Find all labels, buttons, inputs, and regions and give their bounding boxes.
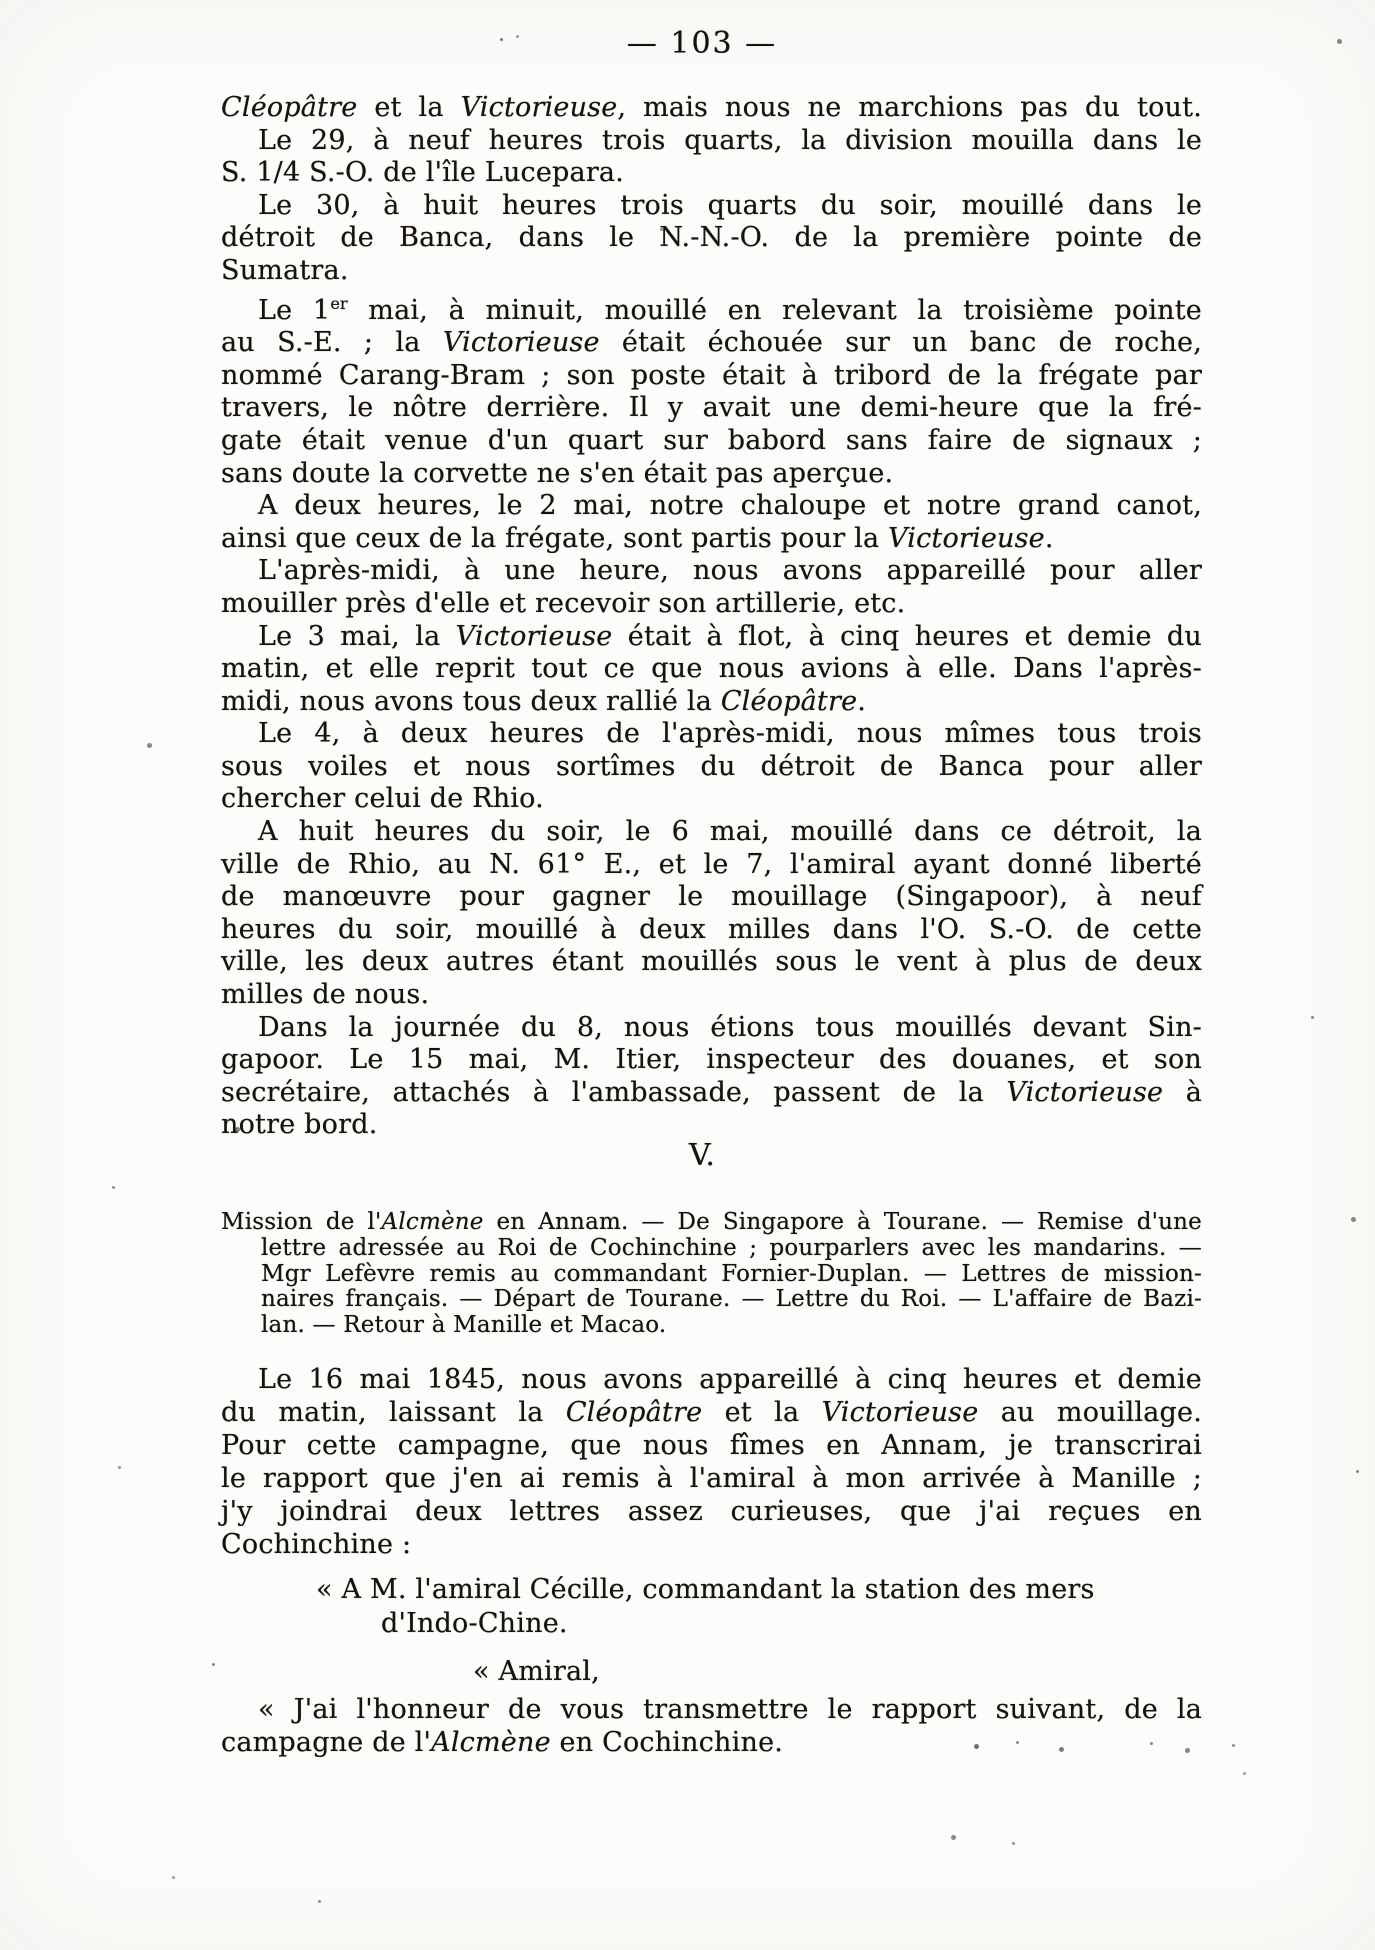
text-line: lan. — Retour à Manille et Macao.: [261, 1313, 1202, 1339]
text-line: Cléopâtre et la Victorieuse, mais nous n…: [221, 92, 1202, 125]
chapter-summary: Mission de l'Alcmène en Annam. — De Sing…: [221, 1210, 1202, 1339]
text-line: ville de Rhio, au N. 61° E., et le 7, l'…: [221, 849, 1202, 882]
text-line: A deux heures, le 2 mai, notre chaloupe …: [221, 490, 1202, 523]
paragraph: Cléopâtre et la Victorieuse, mais nous n…: [221, 92, 1202, 125]
text-line: campagne de l'Alcmène en Cochinchine.: [221, 1727, 1202, 1760]
text-line: Dans la journée du 8, nous étions tous m…: [221, 1012, 1202, 1045]
text-line: ainsi que ceux de la frégate, sont parti…: [221, 523, 1202, 556]
text-line: midi, nous avons tous deux rallié la Clé…: [221, 686, 1202, 719]
text-line: du matin, laissant la Cléopâtre et la Vi…: [221, 1396, 1202, 1429]
text-line: ville, les deux autres étant mouillés so…: [221, 946, 1202, 979]
section-heading: V.: [212, 1138, 1192, 1173]
paragraph: Mission de l'Alcmène en Annam. — De Sing…: [221, 1210, 1202, 1339]
text-line: matin, et elle reprit tout ce que nous a…: [221, 653, 1202, 686]
text-line: « J'ai l'honneur de vous transmettre le …: [221, 1694, 1202, 1727]
letter-address-line-1: « A M. l'amiral Cécille, commandant la s…: [316, 1573, 1202, 1607]
narrative-text: Le 16 mai 1845, nous avons appareillé à …: [221, 1363, 1202, 1561]
text-line: Le 16 mai 1845, nous avons appareillé à …: [221, 1363, 1202, 1396]
paragraph: L'après-midi, à une heure, nous avons ap…: [221, 555, 1202, 620]
letter-salutation: « Amiral,: [473, 1656, 600, 1687]
text-line: Le 29, à neuf heures trois quarts, la di…: [221, 125, 1202, 158]
text-line: j'y joindrai deux lettres assez curieuse…: [221, 1495, 1202, 1528]
paragraph: A huit heures du soir, le 6 mai, mouillé…: [221, 816, 1202, 1012]
text-line: secrétaire, attachés à l'ambassade, pass…: [221, 1077, 1202, 1110]
paragraph: Le 16 mai 1845, nous avons appareillé à …: [221, 1363, 1202, 1561]
letter-address: « A M. l'amiral Cécille, commandant la s…: [221, 1573, 1202, 1640]
text-line: le rapport que j'en ai remis à l'amiral …: [221, 1462, 1202, 1495]
text-line: mouiller près d'elle et recevoir son art…: [221, 588, 1202, 621]
paragraph: Le 1er mai, à minuit, mouillé en relevan…: [221, 288, 1202, 491]
text-line: Pour cette campagne, que nous fîmes en A…: [221, 1429, 1202, 1462]
main-text: Cléopâtre et la Victorieuse, mais nous n…: [221, 92, 1202, 1142]
text-line: A huit heures du soir, le 6 mai, mouillé…: [221, 816, 1202, 849]
text-line: Le 1er mai, à minuit, mouillé en relevan…: [221, 288, 1202, 328]
paragraph: « J'ai l'honneur de vous transmettre le …: [221, 1694, 1202, 1759]
text-line: Mission de l'Alcmène en Annam. — De Sing…: [221, 1210, 1202, 1236]
text-line: Mgr Lefèvre remis au commandant Fornier-…: [261, 1262, 1202, 1288]
text-line: L'après-midi, à une heure, nous avons ap…: [221, 555, 1202, 588]
text-line: heures du soir, mouillé à deux milles da…: [221, 914, 1202, 947]
letter-closing: « J'ai l'honneur de vous transmettre le …: [221, 1694, 1202, 1759]
text-line: nommé Carang-Bram ; son poste était à tr…: [221, 360, 1202, 393]
text-line: chercher celui de Rhio.: [221, 783, 1202, 816]
text-line: naires français. — Départ de Tourane. — …: [261, 1287, 1202, 1313]
text-line: Le 30, à huit heures trois quarts du soi…: [221, 190, 1202, 223]
text-line: Le 4, à deux heures de l'après-midi, nou…: [221, 718, 1202, 751]
paragraph: Dans la journée du 8, nous étions tous m…: [221, 1012, 1202, 1142]
paragraph: Le 4, à deux heures de l'après-midi, nou…: [221, 718, 1202, 816]
text-line: Sumatra.: [221, 255, 1202, 288]
text-line: de manœuvre pour gagner le mouillage (Si…: [221, 881, 1202, 914]
text-line: S. 1/4 S.-O. de l'île Lucepara.: [221, 157, 1202, 190]
text-line: lettre adressée au Roi de Cochinchine ; …: [261, 1236, 1202, 1262]
text-line: gapoor. Le 15 mai, M. Itier, inspecteur …: [221, 1044, 1202, 1077]
letter-address-line-2: d'Indo-Chine.: [381, 1607, 1202, 1641]
text-line: milles de nous.: [221, 979, 1202, 1012]
book-page-scan: — 103 — Cléopâtre et la Victorieuse, mai…: [0, 0, 1375, 1950]
paragraph: Le 29, à neuf heures trois quarts, la di…: [221, 125, 1202, 190]
text-line: détroit de Banca, dans le N.-N.-O. de la…: [221, 222, 1202, 255]
page-number: — 103 —: [212, 26, 1192, 61]
paragraph: A deux heures, le 2 mai, notre chaloupe …: [221, 490, 1202, 555]
text-line: Le 3 mai, la Victorieuse était à flot, à…: [221, 621, 1202, 654]
text-line: Cochinchine :: [221, 1528, 1202, 1561]
text-line: sous voiles et nous sortîmes du détroit …: [221, 751, 1202, 784]
text-line: sans doute la corvette ne s'en était pas…: [221, 458, 1202, 491]
paragraph: Le 3 mai, la Victorieuse était à flot, à…: [221, 621, 1202, 719]
paragraph: Le 30, à huit heures trois quarts du soi…: [221, 190, 1202, 288]
text-line: gate était venue d'un quart sur babord s…: [221, 425, 1202, 458]
scan-speckles: [0, 0, 3, 3]
text-line: travers, le nôtre derrière. Il y avait u…: [221, 392, 1202, 425]
text-line: au S.-E. ; la Victorieuse était échouée …: [221, 327, 1202, 360]
